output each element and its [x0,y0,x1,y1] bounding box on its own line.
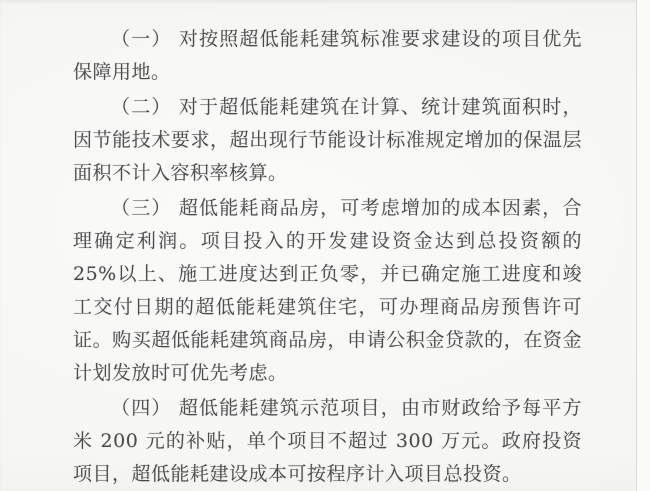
scanned-document-page: （一） 对按照超低能耗建筑标准要求建设的项目优先保障用地。 （二） 对于超低能耗… [0,0,650,491]
document-body: （一） 对按照超低能耗建筑标准要求建设的项目优先保障用地。 （二） 对于超低能耗… [73,23,582,491]
paragraph-item-4: （四） 超低能耗建筑示范项目，由市财政给予每平方米 200 元的补贴，单个项目不… [73,392,582,491]
page-edge-strip [636,0,650,491]
paragraph-item-1: （一） 对按照超低能耗建筑标准要求建设的项目优先保障用地。 [73,23,582,89]
paragraph-item-2: （二） 对于超低能耗建筑在计算、统计建筑面积时，因节能技术要求，超出现行节能设计… [73,91,582,190]
paragraph-item-3: （三） 超低能耗商品房，可考虑增加的成本因素，合理确定利润。项目投入的开发建设资… [73,192,582,390]
